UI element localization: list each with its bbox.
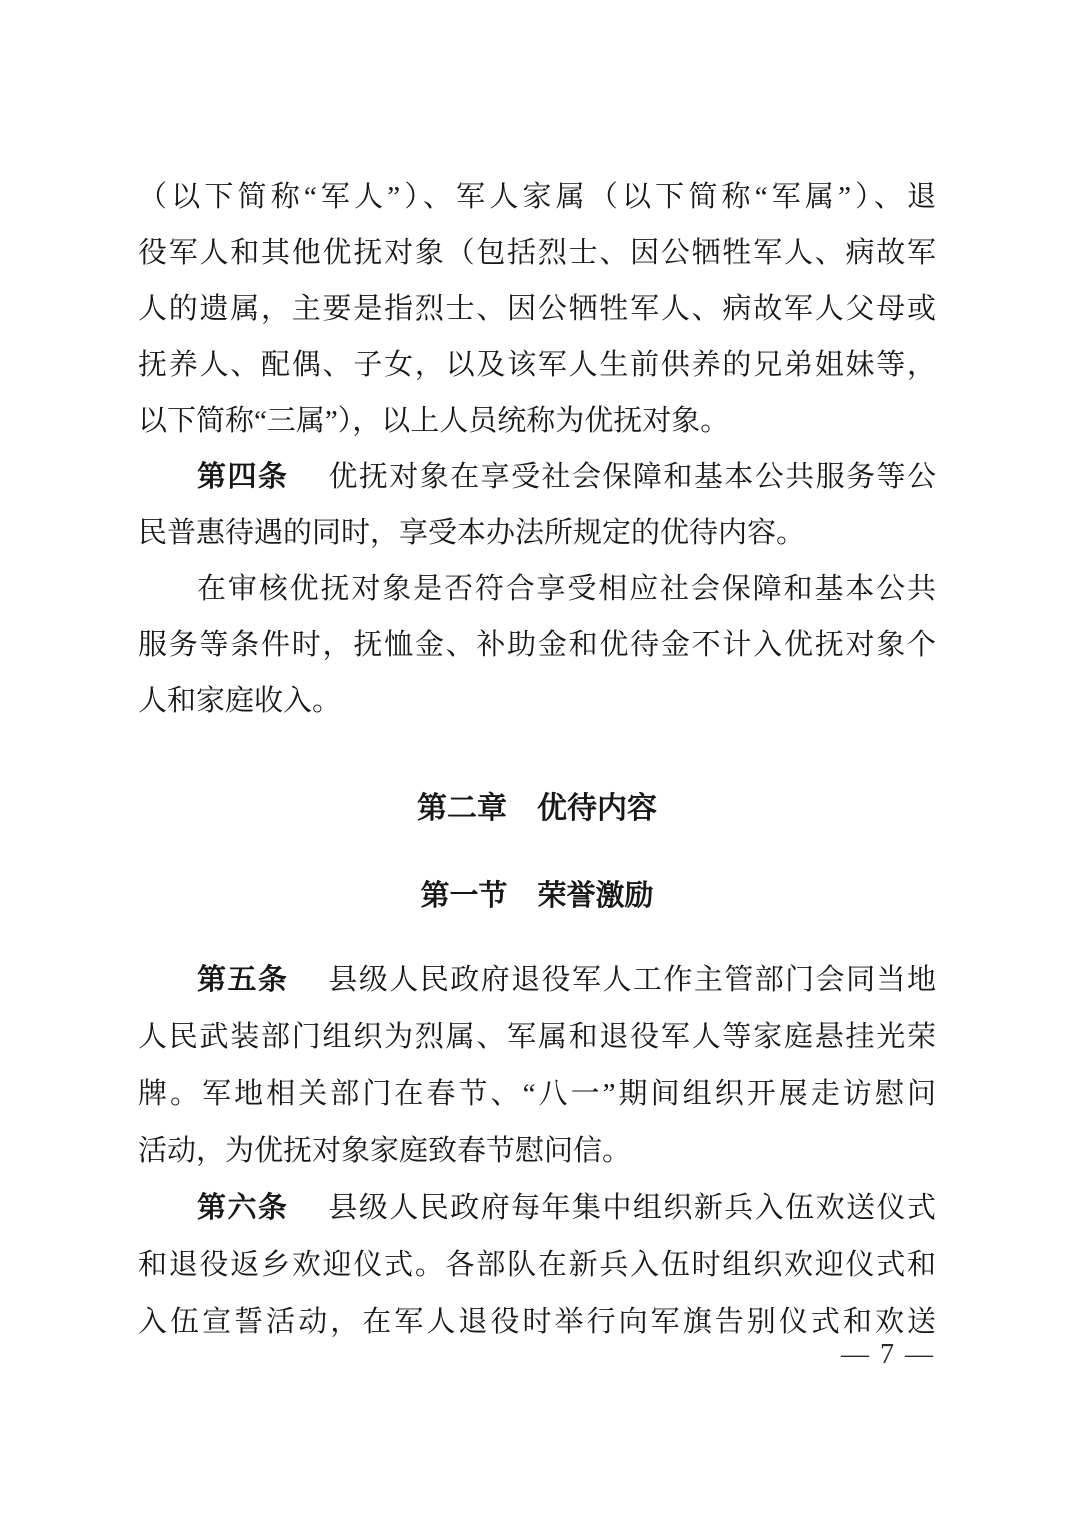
section-number: 第一节 [420,880,507,912]
paragraph-block-2: 第五条县级人民政府退役军人工作主管部门会同当地 人民武装部门组织为烈属、军属和退… [138,952,936,1351]
document-line-article-4: 第四条优抚对象在享受社会保障和基本公共服务等公 [138,449,936,505]
document-line: 民普惠待遇的同时，享受本办法所规定的优待内容。 [138,505,936,561]
article-text: 县级人民政府退役军人工作主管部门会同当地 [328,964,936,996]
document-line: 役军人和其他优抚对象（包括烈士、因公牺牲军人、病故军 [138,225,936,281]
document-line: 人和家庭收入。 [138,673,936,729]
article-text: 县级人民政府每年集中组织新兵入伍欢送仪式 [328,1192,936,1224]
paragraph-text: 在审核优抚对象是否符合享受相应社会保障和基本公共 [197,573,936,605]
document-line: 人的遗属，主要是指烈士、因公牺牲军人、病故军人父母或 [138,281,936,337]
document-line: （以下简称“军人”）、军人家属（以下简称“军属”）、退 [138,169,936,225]
page-number: — 7 — [841,1338,935,1372]
document-line: 活动，为优抚对象家庭致春节慰问信。 [138,1123,936,1180]
document-page: （以下简称“军人”）、军人家属（以下简称“军属”）、退 役军人和其他优抚对象（包… [0,0,1074,1514]
article-label: 第六条 [197,1192,288,1224]
article-label: 第五条 [197,964,288,996]
document-line: 抚养人、配偶、子女，以及该军人生前供养的兄弟姐妹等， [138,337,936,393]
document-line: 人民武装部门组织为烈属、军属和退役军人等家庭悬挂光荣 [138,1009,936,1066]
document-line-article-5: 第五条县级人民政府退役军人工作主管部门会同当地 [138,952,936,1009]
chapter-title: 优待内容 [537,792,657,825]
document-line: 牌。军地相关部门在春节、“八一”期间组织开展走访慰问 [138,1066,936,1123]
section-heading: 第一节荣誉激励 [138,867,936,925]
document-line: 在审核优抚对象是否符合享受相应社会保障和基本公共 [138,561,936,617]
document-line: 入伍宣誓活动，在军人退役时举行向军旗告别仪式和欢送 [138,1294,936,1351]
chapter-number: 第二章 [417,792,507,825]
paragraph-block-1: （以下简称“军人”）、军人家属（以下简称“军属”）、退 役军人和其他优抚对象（包… [138,169,936,729]
document-line: 服务等条件时，抚恤金、补助金和优待金不计入优抚对象个 [138,617,936,673]
document-line-article-6: 第六条县级人民政府每年集中组织新兵入伍欢送仪式 [138,1180,936,1237]
document-line: 和退役返乡欢迎仪式。各部队在新兵入伍时组织欢迎仪式和 [138,1237,936,1294]
document-line: 以下简称“三属”），以上人员统称为优抚对象。 [138,393,936,449]
article-label: 第四条 [197,461,288,493]
article-text: 优抚对象在享受社会保障和基本公共服务等公 [328,461,936,493]
chapter-heading: 第二章优待内容 [138,780,936,838]
section-title: 荣誉激励 [538,880,654,912]
